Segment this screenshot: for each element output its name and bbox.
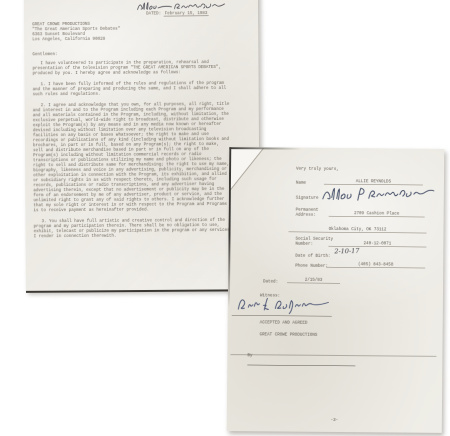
dated-label: DATED: bbox=[146, 11, 161, 16]
scanned-documents-photo: DATED: February 15, 1983 GREAT CROWE PRO… bbox=[0, 0, 450, 436]
dob-handwritten-value: 2-10-17 bbox=[334, 249, 359, 254]
dated-label: Dated: bbox=[263, 279, 278, 284]
closing-line: Very truly yours, bbox=[296, 167, 339, 172]
by-signature-line bbox=[247, 358, 355, 366]
phone-value: (405) 843-8458 bbox=[326, 262, 425, 268]
company-name: GREAT CROWE PRODUCTIONS bbox=[260, 332, 318, 337]
contract-paragraphs: I have volunteered to participate in the… bbox=[32, 59, 231, 244]
recipient-address-block: GREAT CROWE PRODUCTIONS "The Great Ameri… bbox=[32, 21, 120, 42]
page-number: -3- bbox=[227, 417, 442, 424]
clause-2: 2. I agree and acknowledge that you own,… bbox=[33, 101, 232, 212]
permanent-address-label: Permanent Address: bbox=[296, 208, 319, 218]
dated-line: DATED: February 15, 1983 bbox=[146, 11, 208, 16]
witness-signature bbox=[233, 294, 334, 317]
dated-value: February 15, 1983 bbox=[164, 11, 209, 17]
ssn-value: 240-12-0071 bbox=[328, 241, 426, 247]
dated-value: 2/15/83 bbox=[287, 278, 340, 284]
name-label: Name bbox=[296, 181, 306, 186]
phone-label: Phone Number: bbox=[295, 264, 328, 269]
signature-label: Signature bbox=[296, 196, 319, 201]
address-value: 2709 Cashion Place bbox=[329, 211, 425, 217]
accepted-and-agreed-line: ACCEPTED AND AGREED bbox=[260, 320, 308, 325]
address-city-value: Oklahoma City, OK 73112 bbox=[289, 227, 427, 234]
intro-paragraph: I have volunteered to participate in the… bbox=[32, 59, 230, 75]
contract-text-page: DATED: February 15, 1983 GREAT CROWE PRO… bbox=[24, 0, 261, 293]
allie-reynolds-signature bbox=[320, 185, 436, 206]
by-label: By bbox=[247, 353, 252, 358]
page1-content: DATED: February 15, 1983 GREAT CROWE PRO… bbox=[24, 0, 260, 291]
salutation: Gentlemen: bbox=[32, 52, 57, 57]
clause-1: 1. I have been fully informed of the rul… bbox=[33, 80, 231, 96]
signature-form-page: Very truly yours, Name ALLIE REYNOLDS Si… bbox=[227, 147, 444, 433]
clause-3: 3. You shall have full artistic and crea… bbox=[34, 217, 232, 238]
